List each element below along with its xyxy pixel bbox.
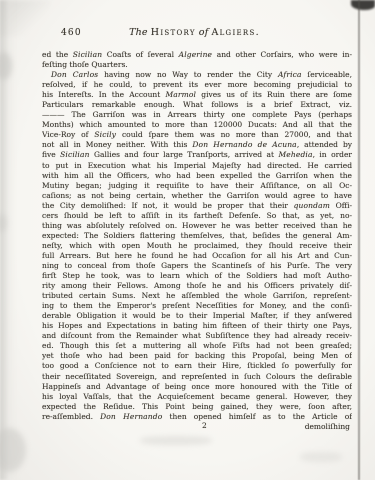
running-title-the: The	[129, 27, 148, 38]
page-footer: 2 demoliſhing	[42, 421, 352, 435]
scan-artifact-right-edge-line	[358, 0, 360, 480]
catchword: demoliſhing	[305, 422, 350, 431]
body-line: firſt Step he took, was to learn which o…	[42, 271, 352, 281]
signature-mark: 2	[202, 421, 207, 430]
body-line: expected: The Soldiers flattering themſe…	[42, 231, 352, 241]
running-title-history: History	[151, 27, 196, 38]
body-line: Happineſs and Advantage of being once mo…	[42, 382, 352, 392]
body-line: Vice-Roy of Sicily could ſpare them was …	[42, 130, 352, 140]
body-line: expected the Reſidue. This Point being g…	[42, 402, 352, 412]
body-line: not all in Money neither. With this Don …	[42, 140, 352, 150]
body-line: thing was abſolutely reſolved on. Howeve…	[42, 221, 352, 231]
body-line: Don Carlos having now no Way to render t…	[42, 70, 352, 80]
running-title-algiers: Algiers.	[211, 27, 259, 38]
running-title: TheHistoryofAlgiers.	[42, 27, 347, 38]
body-line: yet thoſe who had been paid for backing …	[42, 351, 352, 361]
body-line: with him all the Officers, who had been …	[42, 171, 352, 181]
body-line: reſolved, if he could, to prevent its ev…	[42, 80, 352, 90]
scan-artifact-top-right-mark	[351, 0, 375, 10]
body-line: feſting thoſe Quarters.	[42, 60, 352, 70]
running-title-of: of	[199, 27, 209, 38]
body-line: and diſcount from the Remainder what Sub…	[42, 331, 352, 341]
scan-artifact-smudge	[300, 452, 342, 462]
body-line: tributed certain Sums. Next he aſſembled…	[42, 291, 352, 301]
body-line: too good a Conſcience not to earn their …	[42, 361, 352, 371]
body-line: rity among their Fellows. Among thoſe he…	[42, 281, 352, 291]
body-line: neſty, which with open Mouth he proclaim…	[42, 241, 352, 251]
body-line: ——— The Garriſon was in Arrears thirty o…	[42, 110, 352, 120]
body-line: the City demoliſhed: If not, it would be…	[42, 201, 352, 211]
body-line: ning to conceal from thoſe Gapers the Sc…	[42, 261, 352, 271]
body-line: Months) which amounted to more than 1200…	[42, 120, 352, 130]
body-line: ing to them the Emperor's preſent Neceſſ…	[42, 301, 352, 311]
body-line: ed. Though this ſet a muttering all whoſ…	[42, 341, 352, 351]
body-line: his Intereſts. In the Account Marmol giv…	[42, 90, 352, 100]
scan-artifact-smudge	[140, 436, 212, 445]
body-line: his loyal Vaſſals, that the Acquieſcemen…	[42, 392, 352, 402]
book-page: 460 TheHistoryofAlgiers. ed the Sicilian…	[0, 0, 375, 480]
body-line: his Hopes and Expectations in bating him…	[42, 321, 352, 331]
body-text: ed the Sicilian Coaſts of ſeveral Algeri…	[42, 50, 352, 422]
body-line: Mutiny began; judging it requiſite to ha…	[42, 181, 352, 191]
body-line: full Arrears. But here he found he had O…	[42, 251, 352, 261]
body-line: to put in Execution what his Imperial Ma…	[42, 161, 352, 171]
body-line: ed the Sicilian Coaſts of ſeveral Algeri…	[42, 50, 352, 60]
body-line: caſions; as not being certain, whether t…	[42, 191, 352, 201]
body-line: Particulars remarkable enough. What foll…	[42, 100, 352, 110]
body-line: their neceſſitated Sovereign, and repreſ…	[42, 372, 352, 382]
body-line: cers ſhould be left to aſſiſt in its far…	[42, 211, 352, 221]
scan-artifact-smudge	[0, 428, 26, 472]
body-line: five Sicilian Gallies and four large Tra…	[42, 150, 352, 160]
body-line: derable Obligation it would be to their …	[42, 311, 352, 321]
